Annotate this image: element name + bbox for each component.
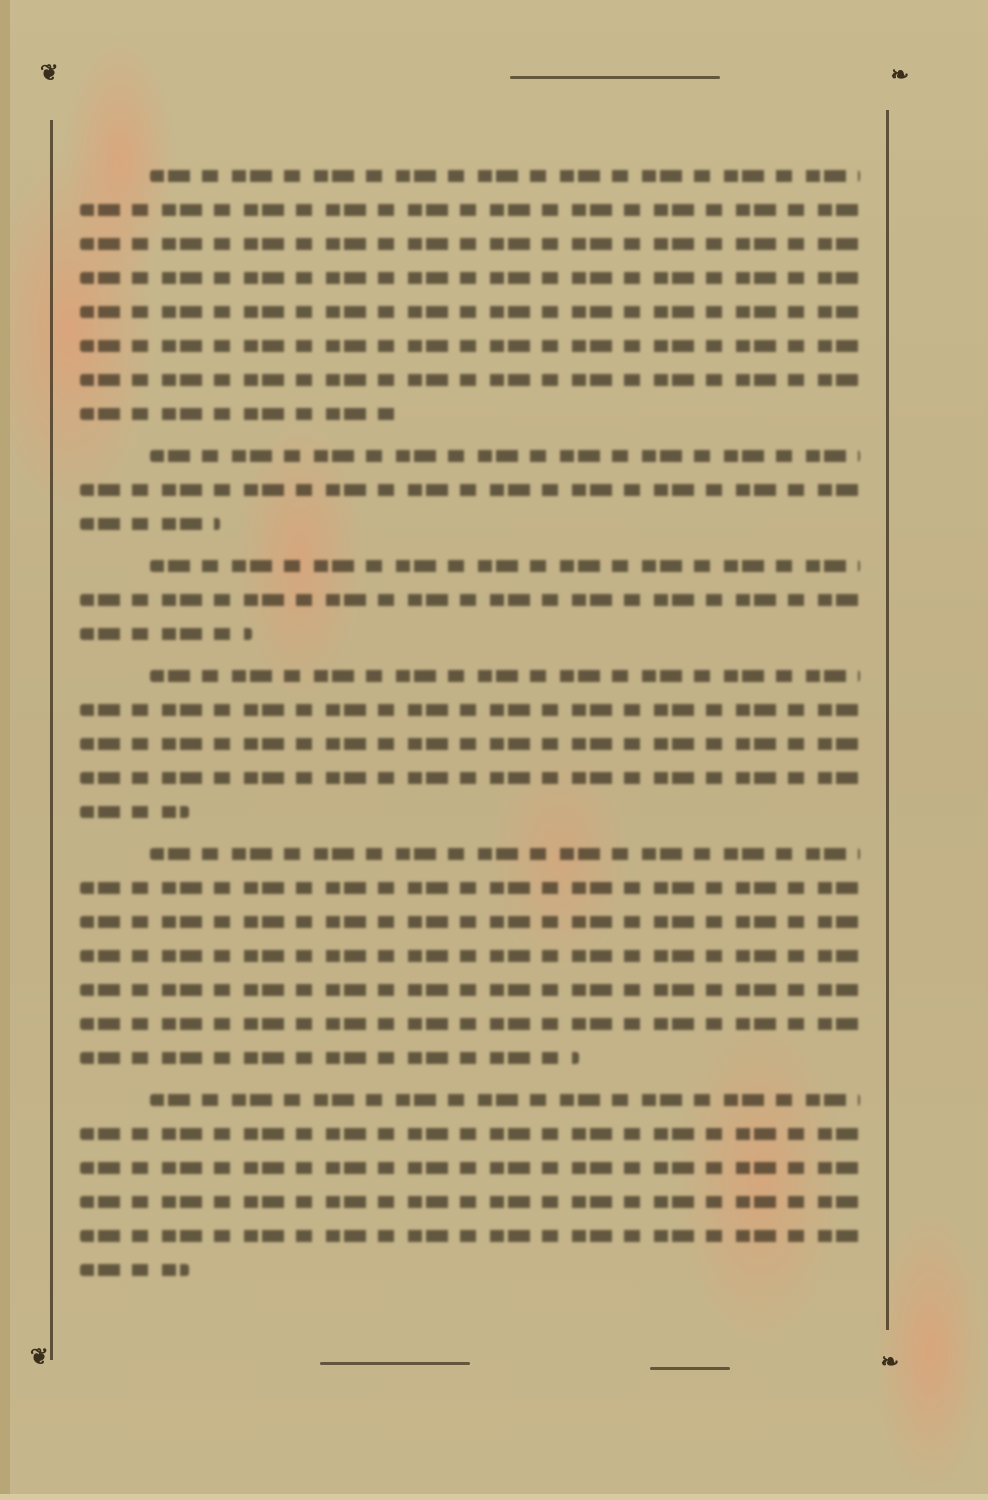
ornament-top-right-icon: ❧	[891, 62, 908, 88]
header-rule	[510, 76, 720, 79]
ornament-bottom-left-icon: ❦	[30, 1344, 47, 1370]
text-line	[150, 848, 860, 860]
paragraph	[80, 670, 860, 818]
text-line	[80, 408, 408, 420]
text-line	[80, 950, 860, 962]
scanned-page: ❦ ❧ ❦ ❧	[0, 0, 988, 1500]
text-line	[80, 1264, 189, 1276]
text-line	[80, 518, 220, 530]
text-line	[150, 170, 860, 182]
text-line	[80, 374, 860, 386]
paragraph	[80, 560, 860, 640]
footer-rule-left	[320, 1362, 470, 1365]
text-line	[80, 704, 860, 716]
paragraph	[80, 170, 860, 420]
text-line	[150, 450, 860, 462]
ornament-top-left-icon: ❦	[40, 60, 57, 86]
paragraph	[80, 848, 860, 1064]
page-edge-bottom	[0, 1494, 988, 1500]
text-line	[80, 272, 860, 284]
body-text	[80, 170, 860, 1306]
border-right	[886, 110, 889, 1330]
paragraph	[80, 1094, 860, 1276]
text-line	[80, 806, 189, 818]
text-line	[80, 238, 860, 250]
ornament-bottom-right-icon: ❧	[881, 1349, 898, 1375]
text-line	[80, 738, 860, 750]
text-line	[80, 1128, 860, 1140]
text-line	[150, 560, 860, 572]
text-line	[150, 1094, 860, 1106]
text-line	[80, 882, 860, 894]
text-line	[80, 204, 860, 216]
text-line	[80, 1018, 860, 1030]
border-left	[50, 120, 53, 1360]
text-line	[80, 340, 860, 352]
paragraph	[80, 450, 860, 530]
text-line	[80, 628, 252, 640]
text-line	[80, 1162, 860, 1174]
footer-rule-right	[650, 1367, 730, 1370]
text-line	[80, 916, 860, 928]
text-line	[150, 670, 860, 682]
text-line	[80, 1052, 579, 1064]
text-line	[80, 772, 860, 784]
text-line	[80, 484, 860, 496]
text-line	[80, 1230, 860, 1242]
text-line	[80, 594, 860, 606]
text-line	[80, 306, 860, 318]
page-edge-left	[0, 0, 10, 1500]
text-line	[80, 984, 860, 996]
text-line	[80, 1196, 860, 1208]
